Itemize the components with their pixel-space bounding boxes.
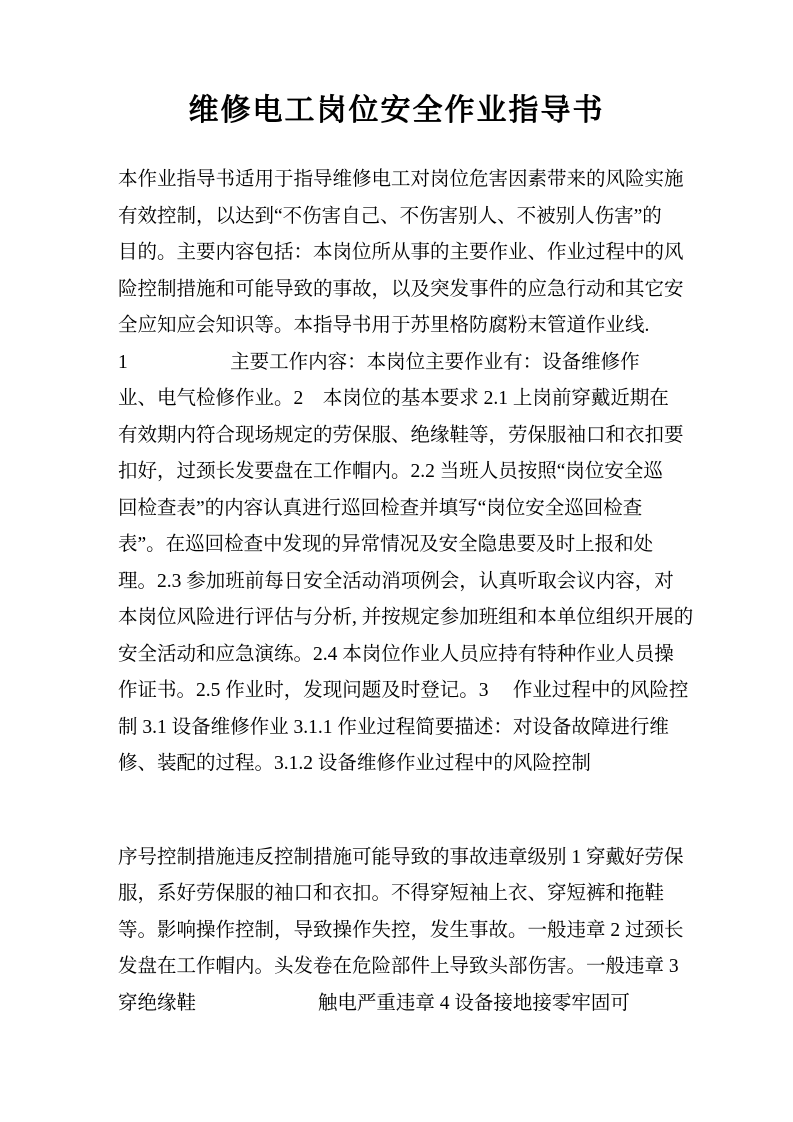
text-line: 险控制措施和可能导致的事故，以及突发事件的应急行动和其它安 [118,272,718,309]
document-page: 维修电工岗位安全作业指导书 本作业指导书适用于指导维修电工对岗位危害因素带来的风… [0,0,793,1122]
text-line: 等。影响操作控制，导致操作失控，发生事故。一般违章 2 过颈长 [118,913,718,950]
text-line: 业、电气检修作业。2 本岗位的基本要求 2.1 上岗前穿戴近期在 [118,381,718,418]
text-line: 作证书。2.5 作业时，发现问题及时登记。3 作业过程中的风险控 [118,673,718,710]
text-line: 修、装配的过程。3.1.2 设备维修作业过程中的风险控制 [118,746,718,783]
paragraph-intro-and-requirements: 本作业指导书适用于指导维修电工对岗位危害因素带来的风险实施有效控制，以达到“不伤… [118,162,718,783]
paragraph-control-measures: 序号控制措施违反控制措施可能导致的事故违章级别 1 穿戴好劳保服，系好劳保服的袖… [118,840,718,1023]
text-line: 穿绝缘鞋 触电严重违章 4 设备接地接零牢固可 [118,986,718,1023]
text-line: 制 3.1 设备维修作业 3.1.1 作业过程简要描述：对设备故障进行维 [118,710,718,747]
text-line: 安全活动和应急演练。2.4 本岗位作业人员应持有特种作业人员操 [118,637,718,674]
text-line: 目的。主要内容包括：本岗位所从事的主要作业、作业过程中的风 [118,235,718,272]
text-line: 有效控制，以达到“不伤害自己、不伤害别人、不被别人伤害”的 [118,199,718,236]
text-line: 扣好，过颈长发要盘在工作帽内。2.2 当班人员按照“岗位安全巡 [118,454,718,491]
text-line: 回检查表”的内容认真进行巡回检查并填写“岗位安全巡回检查 [118,491,718,528]
document-title: 维修电工岗位安全作业指导书 [0,0,793,134]
text-line: 本作业指导书适用于指导维修电工对岗位危害因素带来的风险实施 [118,162,718,199]
text-line: 全应知应会知识等。本指导书用于苏里格防腐粉末管道作业线. [118,308,718,345]
text-line: 本岗位风险进行评估与分析, 并按规定参加班组和本单位组织开展的 [118,600,718,637]
text-line: 发盘在工作帽内。头发卷在危险部件上导致头部伤害。一般违章 3 [118,949,718,986]
text-line: 表”。在巡回检查中发现的异常情况及安全隐患要及时上报和处 [118,527,718,564]
text-line: 1 主要工作内容：本岗位主要作业有：设备维修作 [118,345,718,382]
text-line: 有效期内符合现场规定的劳保服、绝缘鞋等，劳保服袖口和衣扣要 [118,418,718,455]
text-line: 序号控制措施违反控制措施可能导致的事故违章级别 1 穿戴好劳保 [118,840,718,877]
text-line: 服，系好劳保服的袖口和衣扣。不得穿短袖上衣、穿短裤和拖鞋 [118,876,718,913]
text-line: 理。2.3 参加班前每日安全活动消项例会，认真听取会议内容，对 [118,564,718,601]
